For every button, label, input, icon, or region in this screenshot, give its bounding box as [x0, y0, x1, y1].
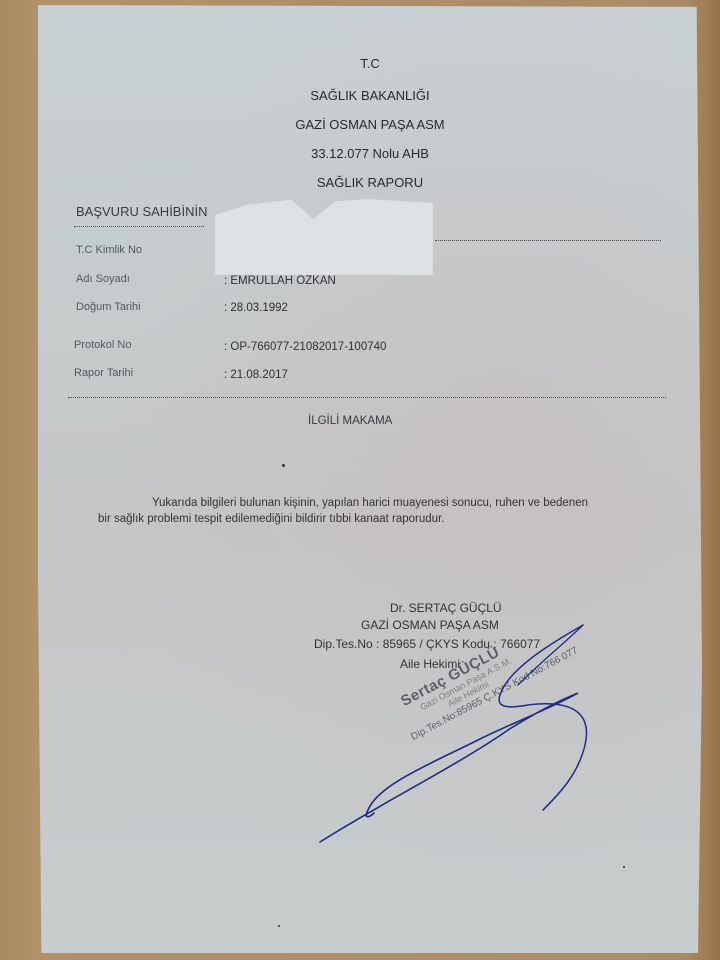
field-label-tc-id: T.C Kimlik No: [76, 244, 142, 256]
statement-line-2: bir sağlık problemi tespit edilemediğini…: [98, 511, 700, 527]
divider-dotted: [68, 397, 666, 398]
field-label-protocol-no: Protokol No: [74, 339, 131, 351]
field-value-protocol-no: : OP-766077-21082017-100740: [224, 341, 386, 353]
header-institution: GAZİ OSMAN PAŞA ASM: [38, 117, 702, 132]
field-value-report-date: : 21.08.2017: [224, 369, 288, 381]
divider-dotted: [74, 226, 204, 227]
header-unit-code: 33.12.077 Nolu AHB: [38, 146, 702, 161]
header-ministry: SAĞLIK BAKANLIĞI: [38, 88, 702, 103]
paper-speck: [282, 464, 285, 467]
health-report-page: T.C SAĞLIK BAKANLIĞI GAZİ OSMAN PAŞA ASM…: [38, 5, 702, 953]
statement-text: Yukarıda bilgileri bulunan kişinin, yapı…: [100, 495, 700, 527]
signatory-institution: GAZİ OSMAN PAŞA ASM: [361, 618, 499, 632]
statement-line-1: Yukarıda bilgileri bulunan kişinin, yapı…: [100, 495, 700, 511]
field-label-name: Adı Soyadı: [76, 273, 130, 285]
addressee: İLGİLİ MAKAMA: [308, 415, 392, 427]
header-tc: T.C: [38, 56, 702, 71]
signatory-name: Dr. SERTAÇ GÜÇLÜ: [390, 601, 502, 615]
field-label-report-date: Rapor Tarihi: [74, 367, 133, 379]
report-title: SAĞLIK RAPORU: [38, 175, 702, 190]
redaction-patch: [215, 195, 433, 275]
field-label-birth-date: Doğum Tarihi: [76, 301, 141, 313]
field-value-birth-date: : 28.03.1992: [224, 302, 288, 314]
paper-speck: [278, 925, 280, 927]
field-value-name: : EMRULLAH ÖZKAN: [224, 275, 336, 287]
divider-dotted: [435, 240, 661, 241]
paper-speck: [623, 866, 625, 868]
applicant-section-title: BAŞVURU SAHİBİNİN: [76, 204, 207, 219]
